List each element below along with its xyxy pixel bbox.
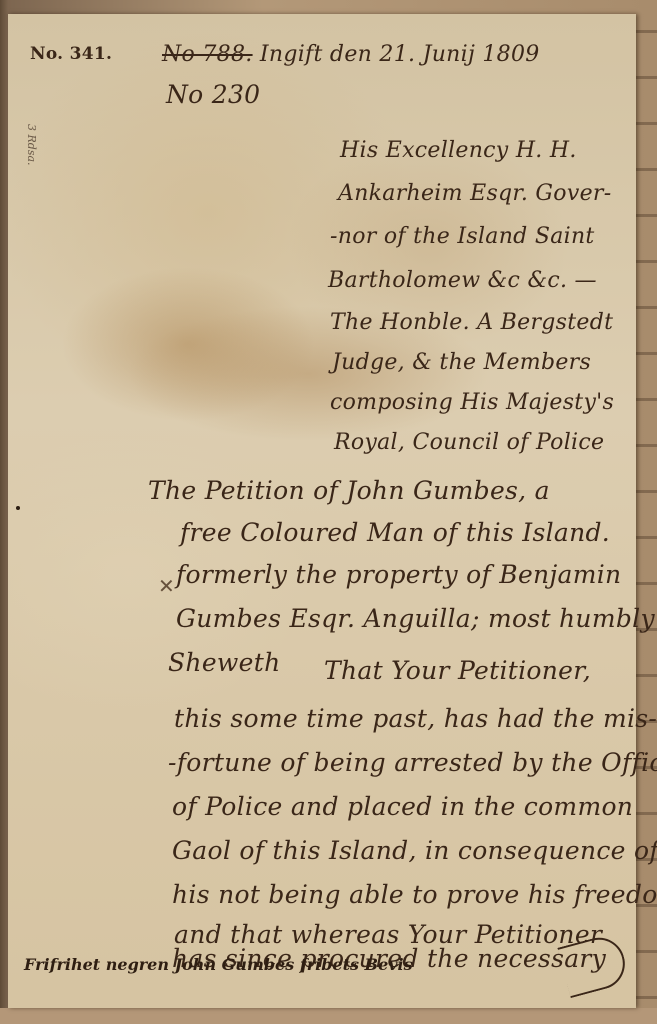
address-line: Judge, & the Members bbox=[332, 350, 591, 375]
catalog-number: No. 341. bbox=[30, 44, 112, 64]
body-line: That Your Petitioner, bbox=[324, 656, 591, 685]
underlying-page-bottom bbox=[0, 1008, 657, 1024]
receipt-date: Ingift den 21. Junij 1809 bbox=[260, 42, 540, 67]
body-line: Gaol of this Island, in consequence of bbox=[172, 836, 657, 865]
address-line: The Honble. A Bergstedt bbox=[330, 310, 613, 335]
body-line-sheweth: Sheweth bbox=[168, 648, 280, 677]
body-line: The Petition of John Gumbes, a bbox=[148, 476, 550, 505]
margin-note: 3 Rdsa. bbox=[25, 124, 38, 166]
cross-mark-icon: ✕ bbox=[158, 574, 175, 598]
address-line: Ankarheim Esqr. Gover- bbox=[338, 181, 611, 206]
docket-note: Frifrihet negren John Gumbes fribets Bev… bbox=[24, 955, 413, 974]
folio-number: No 230 bbox=[166, 80, 260, 109]
address-line: His Excellency H. H. bbox=[340, 138, 577, 163]
address-line: -nor of the Island Saint bbox=[330, 224, 595, 249]
body-line: -fortune of being arrested by the Office… bbox=[168, 748, 657, 777]
underlying-page-text bbox=[633, 0, 657, 1024]
address-line: composing His Majesty's bbox=[330, 390, 614, 415]
body-line: of Police and placed in the common bbox=[172, 792, 633, 821]
date-line: No 788. Ingift den 21. Junij 1809 bbox=[162, 42, 540, 67]
ink-blot bbox=[16, 506, 20, 510]
address-line: Bartholomew &c &c. — bbox=[328, 268, 597, 293]
body-line: his not being able to prove his freedom, bbox=[172, 880, 657, 909]
body-line: free Coloured Man of this Island. bbox=[180, 518, 610, 547]
body-line: this some time past, has had the mis- bbox=[174, 704, 657, 733]
address-line: Royal, Council of Police bbox=[334, 430, 604, 455]
body-line: formerly the property of Benjamin bbox=[176, 560, 621, 589]
manuscript-page: No. 341. No 788. Ingift den 21. Junij 18… bbox=[8, 14, 636, 1008]
body-line: Gumbes Esqr. Anguilla; most humbly bbox=[176, 604, 655, 633]
struck-number: No 788. bbox=[162, 42, 253, 67]
